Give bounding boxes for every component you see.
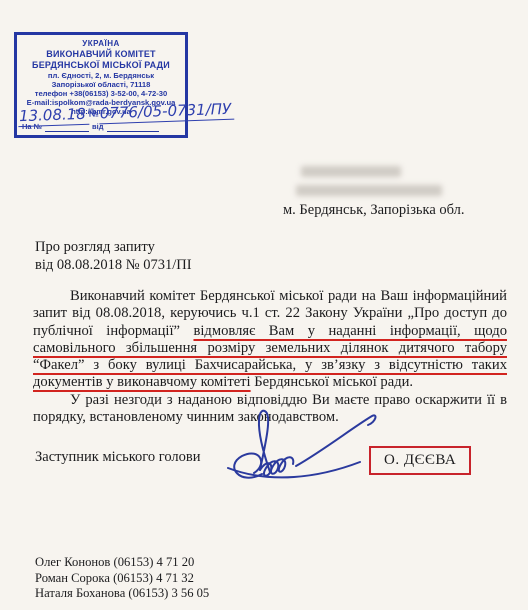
recipient-city-line: м. Бердянськ, Запорізька обл. (283, 202, 465, 219)
stamp-address-line2: Запорізької області, 71118 (17, 80, 185, 89)
stamp-org-line2: БЕРДЯНСЬКОЇ МІСЬКОЇ РАДИ (17, 60, 185, 71)
subject-block: Про розгляд запиту від 08.08.2018 № 0731… (35, 239, 192, 274)
handwritten-date: 13.08.18 (18, 105, 89, 127)
subject-line1: Про розгляд запиту (35, 239, 192, 257)
paragraph-1-post: Бердянської міської ради. (251, 374, 413, 390)
signer-title: Заступник міського голови (35, 449, 201, 466)
vid-blank-line (107, 123, 159, 132)
signature-ink (200, 404, 385, 484)
paragraph-1: Виконавчий комітет Бердянської міської р… (33, 288, 507, 392)
redacted-recipient-line-2 (296, 185, 442, 196)
stamp-country: УКРАЇНА (17, 39, 185, 49)
redacted-recipient-line-1 (301, 166, 401, 177)
stamp-address-line1: пл. Єдності, 2, м. Бердянськ (17, 71, 185, 80)
contact-line: Олег Кононов (06153) 4 71 20 (35, 555, 209, 571)
subject-line2: від 08.08.2018 № 0731/ПІ (35, 257, 192, 275)
number-sign: № (89, 108, 99, 118)
scanned-letter: { "stamp": { "lines": [ "УКРАЇНА", "ВИКО… (0, 0, 528, 610)
handwritten-number: 0776/05-0731/ПУ (99, 100, 235, 125)
stamp-phone: телефон +38(06153) 3-52-00, 4-72-30 (17, 89, 185, 98)
contact-list: Олег Кононов (06153) 4 71 20 Роман Сорок… (35, 555, 209, 602)
contact-line: Наталя Боханова (06153) 3 56 05 (35, 586, 209, 602)
stamp-org-line1: ВИКОНАВЧИЙ КОМІТЕТ (17, 49, 185, 60)
contact-line: Роман Сорока (06153) 4 71 32 (35, 571, 209, 587)
